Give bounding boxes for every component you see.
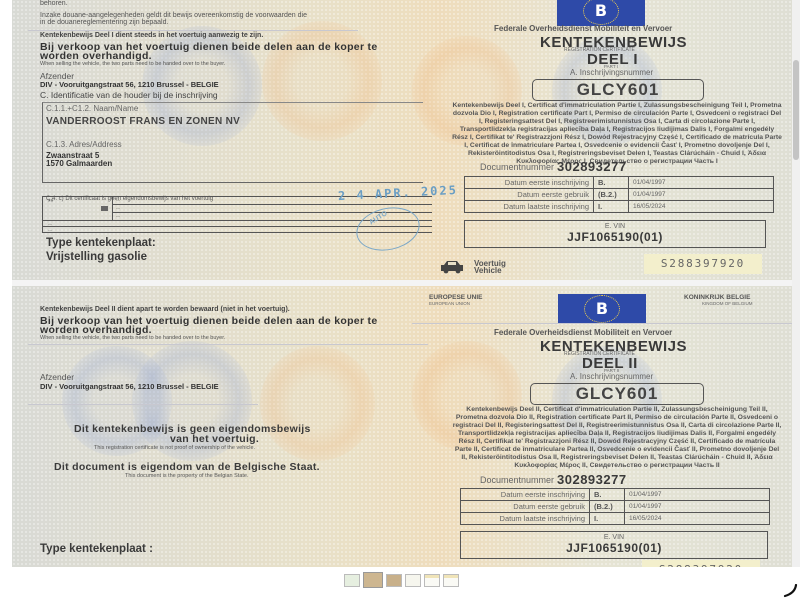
grid-cell: --- [116,205,120,210]
date-code: B. [594,177,629,189]
name-label: C.1.1.+C1.2. Naam/Name [46,104,138,113]
doc-number: 302893277 [557,472,627,487]
multilingual-title: Kentekenbewijs Deel I, Certificat d'imma… [452,102,782,166]
holder-name: VANDERROOST FRANS EN ZONEN NV [46,116,240,127]
registration-part-2: Kentekenbewijs Deel II dient apart te wo… [12,286,792,567]
grid-cell: --- [116,213,120,218]
car-icon [439,260,465,274]
divider [28,404,258,405]
date-code: (B.2.) [590,501,625,513]
page-thumbnail-strip [344,574,459,588]
belgium-eu-flag-icon: B [557,0,645,26]
holder-section-title: C. Identificatie van de houder bij de in… [40,90,218,100]
date-code: B. [590,489,625,501]
must-be-in-vehicle-note: Kentekenbewijs Deel I dient steeds in he… [40,32,263,39]
date-code: I. [590,513,625,525]
table-row: Datum eerste inschrijvingB.01/04/1997 [465,177,774,189]
date-value: 01/04/1997 [625,501,770,513]
vin-value: JJF1065190(01) [465,230,765,244]
date-value: 01/04/1997 [625,489,770,501]
belgium-eu-flag-icon: B [558,294,646,324]
date-label: Datum eerste gebruik [465,189,594,201]
reg-number-label: A. Inschrijvingsnummer [570,372,653,381]
doc-number-label: Documentnummer [480,475,554,485]
vin-box: E. VIN JJF1065190(01) [460,531,768,559]
date-label: Datum laatste inschrijving [461,513,590,525]
table-row: Datum eerste gebruik(B.2.)01/04/1997 [461,501,770,513]
grid-cell: --- [48,227,52,232]
flag-letter: B [558,299,646,318]
reg-number-label: A. Inschrijvingsnummer [570,68,653,77]
document-viewer: behoren. Inzake douane-aangelegenheden g… [0,0,800,567]
registration-number: GLCY601 [532,79,704,101]
serial-number: S288397920 [642,560,760,567]
grid-line [112,204,432,205]
registration-part-1: behoren. Inzake douane-aangelegenheden g… [12,0,792,280]
watermark-wheel [260,346,375,461]
registration-number: GLCY601 [530,383,704,405]
page-thumbnail-4[interactable] [405,574,421,587]
grid-line [42,196,43,232]
page-thumbnail-1[interactable] [344,574,360,587]
vehicle-label-en: Vehicle [474,267,506,274]
sender-label: Afzender [40,372,74,382]
plate-type-label: Type kentekenplaat: [46,237,156,249]
vehicle-label: Voertuig Vehicle [474,260,506,274]
plate-type-value: Vrijstelling gasolie [46,251,147,263]
date-label: Datum eerste gebruik [461,501,590,513]
divider [412,323,792,324]
keep-separate-note: Kentekenbewijs Deel II dient apart te wo… [40,306,290,313]
dates-table: Datum eerste inschrijvingB.01/04/1997 Da… [464,176,774,213]
loading-spinner-icon [782,584,798,598]
customs-text: in de douanereglementering zijn bepaald. [40,19,168,26]
page-thumbnail-6[interactable] [443,574,459,587]
sender-value: DIV - Vooruitgangstraat 56, 1210 Brussel… [40,80,219,89]
grid-cell: --- [48,221,52,226]
kingdom-label-en: KINGDOM OF BELGIUM [702,301,753,306]
dates-table: Datum eerste inschrijvingB.01/04/1997 Da… [460,488,770,525]
date-code: (B.2.) [594,189,629,201]
date-value: 16/05/2024 [625,513,770,525]
sender-value: DIV - Vooruitgangstraat 56, 1210 Brussel… [40,382,219,391]
sale-notice: worden overhandigd. [40,51,152,61]
vin-label: E. VIN [461,534,767,541]
serial-number: S288397920 [644,254,762,274]
address-line-2: 1570 Galmaarden [46,159,112,168]
sale-notice-en: When selling the vehicle, the two parts … [40,61,225,67]
property-notice-en: This document is the property of the Bel… [125,473,249,479]
divider [28,30,358,31]
table-row: Datum laatste inschrijvingI.16/05/2024 [465,201,774,213]
agency-name: Federale Overheidsdienst Mobiliteit en V… [494,328,672,337]
date-value: 01/04/1997 [629,177,774,189]
divider [28,344,428,345]
sale-notice: worden overhandigd. [40,325,152,335]
eu-label-en: EUROPEAN UNION [429,301,470,306]
date-code: I. [594,201,629,213]
multilingual-title: Kentekenbewijs Deel II, Certificat d'imm… [452,406,782,470]
official-stamp: AUTO [352,202,423,256]
page-thumbnail-5[interactable] [424,574,440,587]
intro-text: behoren. [40,0,68,7]
not-ownership-title: van het voertuig. [170,433,259,445]
grid-line [112,196,113,220]
vin-label: E. VIN [465,223,765,230]
sale-notice-en: When selling the vehicle, the two parts … [40,335,225,341]
customs-text: Inzake douane-aangelegenheden geldt dit … [40,12,307,19]
vin-box: E. VIN JJF1065190(01) [464,220,766,248]
plate-type-label: Type kentekenplaat : [40,543,153,555]
grid-marker: ** [48,199,53,206]
flag-letter: B [557,1,645,20]
flag-mini-icon [101,206,108,211]
property-notice: Dit document is eigendom van de Belgisch… [54,461,320,473]
table-row: Datum laatste inschrijvingI.16/05/2024 [461,513,770,525]
page-thumbnail-3[interactable] [386,574,402,587]
date-value: 01/04/1997 [629,189,774,201]
table-row: Datum eerste inschrijvingB.01/04/1997 [461,489,770,501]
agency-name: Federale Overheidsdienst Mobiliteit en V… [494,24,672,33]
doc-number: 302893277 [557,159,627,174]
not-ownership-en: This registration certificate is not pro… [94,445,255,451]
grid-cell: --- [116,197,120,202]
address-label: C.1.3. Adres/Address [46,140,122,149]
doc-number-label: Documentnummer [480,162,554,172]
vin-value: JJF1065190(01) [461,541,767,555]
table-row: Datum eerste gebruik(B.2.)01/04/1997 [465,189,774,201]
stamp-text: AUTO [368,210,388,226]
date-value: 16/05/2024 [629,201,774,213]
kingdom-label: KONINKRIJK BELGIE [684,294,750,301]
date-label: Datum laatste inschrijving [465,201,594,213]
eu-label: EUROPESE UNIE [429,294,482,301]
page-thumbnail-2[interactable] [363,572,383,588]
date-label: Datum eerste inschrijving [465,177,594,189]
stamp-date: 2 4 APR. 2025 [338,183,458,203]
scrollbar-thumb[interactable] [793,60,799,160]
date-label: Datum eerste inschrijving [461,489,590,501]
